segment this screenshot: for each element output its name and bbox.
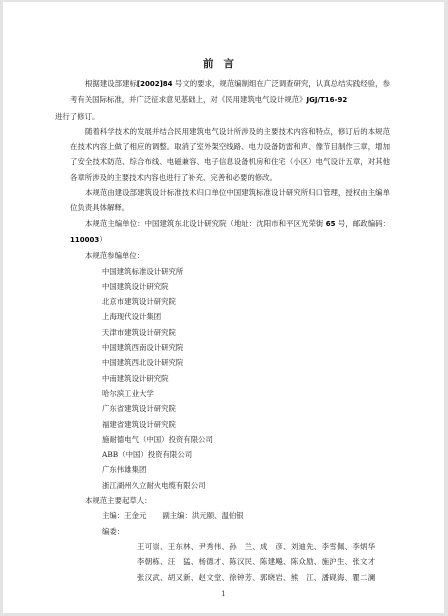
standard-code: JGJ/T16-92 <box>307 96 348 104</box>
text: 根据建设部建标 <box>85 79 137 88</box>
paragraph-revision-content: 随着科学技术的发展并结合民用建筑电气设计所涉及的主要技术内容和特点，修订后的本规… <box>70 124 390 185</box>
text: 号，邮政编码： <box>336 219 391 228</box>
unit-item: 施耐德电气（中国）投资有限公司 <box>70 432 390 447</box>
participating-units-list: 中国建筑标准设计研究所 中国建筑设计研究院 北京市建筑设计研究院 上海现代设计集… <box>70 264 390 493</box>
unit-item: 广东省建筑设计研究院 <box>70 401 390 416</box>
editors-line: 主编：王金元副主编：洪元颐、温伯银 <box>70 508 390 523</box>
committee-line: 张汉武、胡又新、赵文堂、徐钟芳、郭晓岩、熊 江、潘砚海、瞿二澜 <box>137 570 390 585</box>
unit-item: 中国建筑设计研究院 <box>70 279 390 294</box>
unit-item: 哈尔滨工业大学 <box>70 386 390 401</box>
text: 进行了修订。 <box>55 112 99 121</box>
paragraph-chief-unit: 本规范主编单位：中国建筑东北设计研究院（地址：沈阳市和平区光荣街 65 号，邮政… <box>70 216 390 249</box>
unit-item: 中国建筑标准设计研究所 <box>70 264 390 279</box>
unit-item: 广东伟雄集团 <box>70 462 390 477</box>
page-title: 前言 <box>3 56 444 71</box>
unit-item: 福建省建筑设计研究院 <box>70 417 390 432</box>
unit-item: 上海现代设计集团 <box>70 309 390 324</box>
chief-editor: 主编：王金元 <box>102 511 146 520</box>
drafters-label: 本规范主要起草人： <box>70 493 390 508</box>
paragraph-management: 本规范由建设部建筑设计标准技术归口单位中国建筑标准设计研究所归口管理，授权由主编… <box>70 185 390 216</box>
text: ） <box>99 235 106 244</box>
unit-item: 中国建筑西南设计研究院 <box>70 340 390 355</box>
committee-members: 王可崇、王东林、尹秀伟、孙 兰、成 彦、刘迪先、李雪佩、李炳华 李朝栋、汪 猛、… <box>70 539 390 585</box>
committee-line: 李朝栋、汪 猛、杨德才、陈汉民、陈建飚、陈众励、施沪生、张文才 <box>137 554 390 569</box>
unit-item: ABB（中国）投资有限公司 <box>70 447 390 462</box>
document-number: [2002]84 <box>137 80 173 88</box>
deputy-editors: 副主编：洪元颐、温伯银 <box>162 511 243 520</box>
unit-item: 浙江湖州久立耐火电缆有限公司 <box>70 478 390 493</box>
document-body: 根据建设部建标[2002]84 号文的要求，规范编制组在广泛调查研究，认真总结实… <box>70 76 390 585</box>
unit-item: 北京市建筑设计研究院 <box>70 294 390 309</box>
document-page: 前言 根据建设部建标[2002]84 号文的要求，规范编制组在广泛调查研究，认真… <box>3 2 444 613</box>
street-number: 65 <box>326 220 336 228</box>
paragraph-revision-basis: 根据建设部建标[2002]84 号文的要求，规范编制组在广泛调查研究，认真总结实… <box>70 76 390 124</box>
unit-item: 天津市建筑设计研究院 <box>70 325 390 340</box>
unit-item: 中国建筑西北设计研究院 <box>70 355 390 370</box>
committee-line: 王可崇、王东林、尹秀伟、孙 兰、成 彦、刘迪先、李雪佩、李炳华 <box>137 539 390 554</box>
postal-code: 110003 <box>70 236 99 244</box>
page-number: 1 <box>3 590 444 598</box>
unit-item: 中南建筑设计研究院 <box>70 371 390 386</box>
text: 本规范主编单位：中国建筑东北设计研究院（地址：沈阳市和平区光荣街 <box>85 219 326 228</box>
participating-units-label: 本规范参编单位： <box>70 248 390 263</box>
committee-label: 编委： <box>70 524 390 539</box>
